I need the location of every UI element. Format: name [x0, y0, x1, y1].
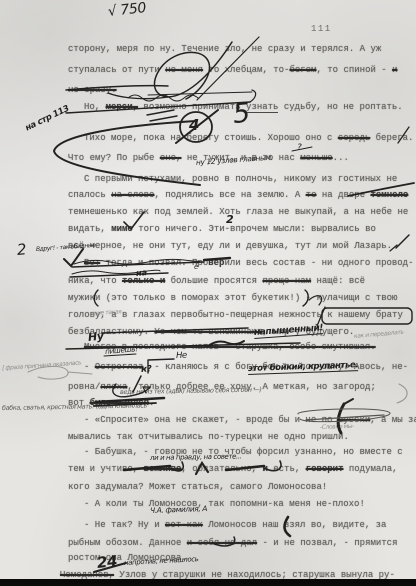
handwritten-note: бабка, сватья, крестная мать! (одна клан… [2, 401, 147, 412]
typed-segment: . [149, 398, 154, 408]
handwritten-note: пишешь! [105, 344, 138, 356]
typed-segment: сторону, меря по ну. Течение зло, не сра… [68, 44, 381, 54]
typed-segment: говорит [306, 464, 344, 474]
typed-segment: , а мы зала- [370, 415, 416, 425]
typed-line: кого задумала? Может статься, самого Лом… [68, 482, 327, 493]
handwritten-note: к? [141, 364, 152, 375]
typed-segment: и себя не дал [187, 538, 257, 548]
typed-segment: не меня [165, 65, 203, 75]
typed-segment: Вот [84, 258, 100, 268]
typed-line: ступалась от пути не меня то хлебцам, то… [68, 65, 398, 76]
typed-segment: кого задумала? Может статься, самого Лом… [68, 482, 327, 492]
typed-segment: мерси, [106, 102, 138, 112]
typed-line: - Бабушка, - говорю не то чтобы форсил у… [84, 447, 403, 458]
typed-line: Чемоданов, Узлов у старушки не находилос… [60, 570, 395, 581]
typed-segment: рыбным обозом. Данное [68, 538, 187, 548]
typed-segment: мывались так отчитывались по-турецки не … [68, 432, 349, 442]
typed-segment: вежливо [144, 464, 182, 474]
handwritten-note: 2 [16, 240, 27, 259]
typed-segment: , обязательно, [181, 464, 262, 474]
typed-segment: Ломоносов наш взял во, видите, за [203, 520, 387, 530]
typed-line: ника, что только и большие просятся прощ… [68, 276, 365, 287]
typed-segment: - Бабушка, - говорю не то чтобы форсил у… [84, 447, 403, 457]
typed-segment: не сразу. [68, 85, 117, 95]
typed-line: не сразу. [68, 85, 117, 96]
typed-line: темнешенько как под землей. Хоть глаза н… [68, 207, 408, 218]
typed-segment: берега. [370, 133, 413, 143]
typed-segment: есть, [268, 464, 306, 474]
handwritten-note: 2 [226, 213, 233, 226]
typed-segment: Узлов у старушки не находилось; старушка… [114, 570, 395, 580]
handwritten-note: [ фраза пригнана оказалась [2, 359, 82, 372]
typed-segment: ровна/ [68, 382, 100, 392]
pencil-paren-right [397, 384, 407, 403]
typed-line: - «Спросите» она не скажет, - вроде бы и… [84, 415, 416, 426]
typed-segment: то хлебцам, то- [203, 65, 289, 75]
typed-line: рыбным обозом. Данное и себя не дал - и … [68, 538, 397, 549]
handwritten-note: на стр 113 [24, 104, 71, 134]
typed-segment: и [392, 65, 397, 75]
typed-segment: темнело [371, 190, 409, 200]
typed-segment: Ус-чем-то вспоминают [154, 327, 262, 337]
handwritten-note: ? [297, 143, 301, 153]
typed-segment: нащё: всё [311, 276, 365, 286]
handwritten-note: -Словно мы- [320, 423, 354, 431]
typed-segment: на-слове [111, 190, 154, 200]
typed-segment: Но, [84, 102, 106, 112]
handwritten-note: Ну [87, 329, 104, 344]
typed-segment: мужики (это только в поморах этот букети… [68, 293, 397, 303]
handwritten-note: ведь не из тех (эдак) называю себя согбё… [120, 386, 262, 396]
typed-segment: , поднялись все на землю. А [154, 190, 305, 200]
typed-segment: оно, [160, 153, 182, 163]
typed-segment: судьбу, но не роптать. [278, 102, 402, 112]
handwritten-note: как и переделать [354, 329, 404, 340]
typed-segment: на дворе [316, 190, 370, 200]
typed-segment: безбалластному. [68, 327, 154, 337]
typed-line: видать, мимо того ничего. Эти-впрочем мы… [68, 224, 376, 235]
handwritten-note: 5 [232, 98, 251, 130]
typed-segment: то [306, 190, 317, 200]
typed-segment: всё черное, не они тут, еду ли и девушка… [68, 241, 392, 251]
typed-segment: ступалась от пути [68, 65, 165, 75]
typed-line: С первыми петухами, ровно в полночь, ник… [84, 174, 397, 185]
typed-segment: Что ему? По рыбе [68, 153, 160, 163]
typed-segment: или весь состав - ни одного провод- [224, 258, 413, 268]
typed-segment: мимо [111, 224, 133, 234]
typed-segment: Остроглаз [95, 362, 144, 372]
page-number: 111 [311, 24, 332, 34]
typed-segment: ника, что [68, 276, 122, 286]
typed-line: мужики (это только в поморах этот букети… [68, 293, 397, 304]
typed-segment: ... [333, 153, 349, 163]
typed-segment: видать, [68, 224, 111, 234]
manuscript-page: 111 сторону, меря по ну. Течение зло, не… [0, 0, 416, 586]
typed-line: Тихо море, пока на берегу стоишь. Хорошо… [84, 133, 413, 144]
handwritten-note: на [136, 268, 148, 279]
typed-line: - Остроглаз, - кланяюсь я с богу бок по … [84, 362, 408, 373]
typed-segment: просятся [214, 276, 263, 286]
typed-segment: большие [165, 276, 214, 286]
typed-segment: Чемоданов, [60, 570, 114, 580]
typed-line: Вот тогда и позвал. Проверили весь соста… [84, 258, 413, 269]
typed-segment: тем и учтиво, [68, 464, 144, 474]
handwritten-note: ё [194, 263, 198, 271]
typed-segment: - и не позвал, - прямится [257, 538, 397, 548]
typed-line: мывались так отчитывались по-турецки не … [68, 432, 349, 443]
handwritten-note: ли и на правду, на совете... [150, 452, 242, 462]
typed-line: - Не так? Ну и вот-как Ломоносов наш взя… [84, 520, 386, 531]
handwritten-note: 4 [189, 116, 199, 134]
handwritten-note: Не [176, 351, 187, 361]
handwritten-note: 24 [96, 552, 118, 572]
typed-segment: - [84, 362, 95, 372]
handwritten-note: Ч.А. фамилия, А [150, 504, 207, 515]
typed-segment: бегом [289, 65, 316, 75]
typed-segment: подумала, [343, 464, 397, 474]
typed-segment: проще-нам [262, 276, 311, 286]
typed-segment: С первыми петухами, ровно в полночь, ник… [84, 174, 397, 184]
typed-segment: - Не так? Ну и [84, 520, 165, 530]
line11-end-slash [390, 235, 409, 251]
typed-line: спалось на-слове, поднялись все на землю… [68, 190, 408, 201]
typed-line: всё черное, не они тут, еду ли и девушка… [68, 241, 392, 252]
typed-segment: , то спиной - [316, 65, 392, 75]
typed-segment: темнешенько как под землей. Хоть глаза н… [68, 207, 408, 217]
typed-segment: спалось [68, 190, 111, 200]
typed-segment: вот-как [165, 520, 203, 530]
typed-segment: середь [338, 133, 370, 143]
typed-line: - А коли ты Ломоносов, так попомни-ка ме… [84, 499, 365, 510]
typed-segment: - «Спросите» она не скажет, - вроде бы и… [84, 415, 338, 425]
typed-segment: того ничего. Эти-впрочем мысли: вырвалис… [133, 224, 376, 234]
interlinear-dash-stroke [292, 147, 312, 151]
handwritten-note: √ 750 [107, 0, 147, 20]
typed-segment: узнать [246, 102, 278, 113]
typed-segment: - А коли ты Ломоносов, так попомни-ка ме… [84, 499, 365, 509]
typed-segment: тогда и позвал. Про [100, 258, 208, 268]
typed-line: тем и учтиво, вежливо, обязательно, и ес… [68, 464, 398, 475]
typed-segment: вер [208, 258, 224, 268]
typed-segment: Тихо море, пока на берегу стоишь. Хорошо… [84, 133, 338, 143]
typed-segment: меньше [300, 153, 332, 163]
typed-line: сторону, меря по ну. Течение зло, не сра… [68, 44, 381, 55]
typed-segment: возможно принимать [138, 102, 246, 112]
